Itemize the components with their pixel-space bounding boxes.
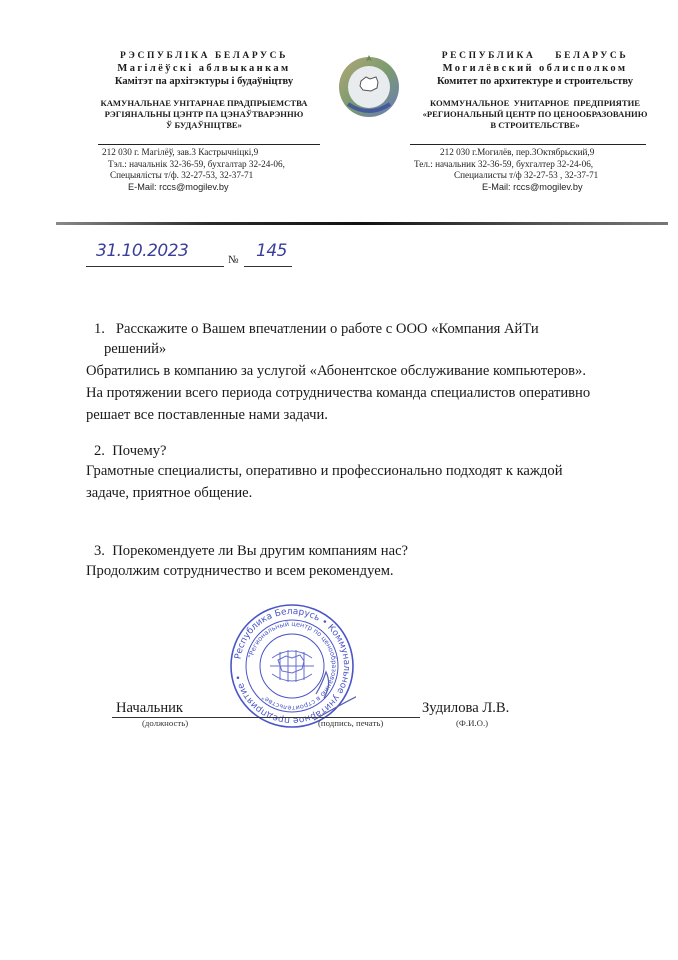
specialists-phones: Специалисты т/ф 32-27-53 , 32-37-71	[414, 170, 664, 182]
signature-caption: (подпись, печать)	[318, 718, 383, 728]
org-line: РЭГІЯНАЛЬНЫ ЦЭНТР ПА ЦЭНАЎТВАРЭННЮ	[86, 109, 322, 120]
question-1-continued: решений»	[104, 338, 166, 360]
letterhead-separator	[56, 222, 668, 225]
answer-1-line-1: Обратились в компанию за услугой «Абонен…	[86, 360, 586, 382]
specialists-phones: Спецыялісты т/ф. 32-27-53, 32-37-71	[100, 170, 330, 182]
phones: Тел.: начальник 32-36-59, бухгалтер 32-2…	[414, 159, 664, 171]
answer-2-line-2: задаче, приятное общение.	[86, 482, 252, 504]
round-seal-stamp-icon: Республика Беларусь • Коммунальное унита…	[228, 602, 356, 730]
phones: Тэл.: начальнік 32-36-59, бухгалтар 32-2…	[100, 159, 330, 171]
letterhead-left-executive: Магілёўскі аблвыканкам	[86, 62, 322, 75]
number-underline	[244, 266, 292, 267]
letterhead-right: РЕСПУБЛИКА БЕЛАРУСЬ Могилёвский облиспол…	[404, 50, 666, 131]
org-line: КОММУНАЛЬНОЕ УНИТАРНОЕ ПРЕДПРИЯТИЕ	[404, 98, 666, 109]
letterhead-left-rule	[98, 144, 320, 145]
org-line: КАМУНАЛЬНАЕ УНІТАРНАЕ ПРАДПРЫЕМСТВА	[86, 98, 322, 109]
letterhead-left-country: РЭСПУБЛІКА БЕЛАРУСЬ	[86, 50, 322, 62]
number-sign: №	[228, 254, 239, 266]
answer-3-line-1: Продолжим сотрудничество и всем рекоменд…	[86, 560, 394, 582]
letterhead-left-committee: Камітэт па архітэктуры і будаўніцтву	[86, 75, 322, 88]
date-underline	[86, 266, 224, 267]
letterhead-right-committee: Комитет по архитектуре и строительству	[404, 75, 666, 88]
question-2: 2. Почему?	[94, 440, 167, 462]
address: 212 030 г. Магілёў, зав.3 Кастрычніцкі,9	[100, 147, 330, 159]
document-number: 145	[256, 241, 287, 261]
org-line: Ў БУДАЎНІЦТВЕ»	[86, 120, 322, 131]
email: E-Mail: rccs@mogilev.by	[100, 182, 330, 194]
org-line: В СТРОИТЕЛЬСТВЕ»	[404, 120, 666, 131]
address: 212 030 г.Могилёв, пер.3Октябрьский,9	[414, 147, 664, 159]
letterhead-left: РЭСПУБЛІКА БЕЛАРУСЬ Магілёўскі аблвыканк…	[86, 50, 322, 131]
signatory-name: Зудилова Л.В.	[422, 700, 509, 717]
name-caption: (Ф.И.О.)	[456, 718, 488, 728]
question-3: 3. Порекомендуете ли Вы другим компаниям…	[94, 540, 408, 562]
letterhead-left-contacts: 212 030 г. Магілёў, зав.3 Кастрычніцкі,9…	[100, 147, 330, 193]
letterhead-right-org: КОММУНАЛЬНОЕ УНИТАРНОЕ ПРЕДПРИЯТИЕ «РЕГИ…	[404, 98, 666, 131]
question-1: 1. Расскажите о Вашем впечатлении о рабо…	[94, 318, 539, 340]
email: E-Mail: rccs@mogilev.by	[414, 182, 664, 194]
letterhead-left-org: КАМУНАЛЬНАЕ УНІТАРНАЕ ПРАДПРЫЕМСТВА РЭГІ…	[86, 98, 322, 131]
document-date: 31.10.2023	[96, 241, 188, 261]
position-caption: (должность)	[142, 718, 188, 728]
answer-2-line-1: Грамотные специалисты, оперативно и проф…	[86, 460, 563, 482]
org-line: «РЕГИОНАЛЬНЫЙ ЦЕНТР ПО ЦЕНООБРАЗОВАНИЮ	[404, 109, 666, 120]
letterhead-right-contacts: 212 030 г.Могилёв, пер.3Октябрьский,9 Те…	[414, 147, 664, 193]
answer-1-line-3: решает все поставленные нами задачи.	[86, 404, 328, 426]
belarus-coat-of-arms-icon	[334, 50, 404, 120]
letterhead-right-executive: Могилёвский облисполком	[404, 62, 666, 75]
answer-1-line-2: На протяжении всего периода сотрудничест…	[86, 382, 590, 404]
letterhead-right-rule	[410, 144, 646, 145]
signatory-position: Начальник	[116, 700, 183, 717]
letterhead-right-country: РЕСПУБЛИКА БЕЛАРУСЬ	[404, 50, 666, 62]
